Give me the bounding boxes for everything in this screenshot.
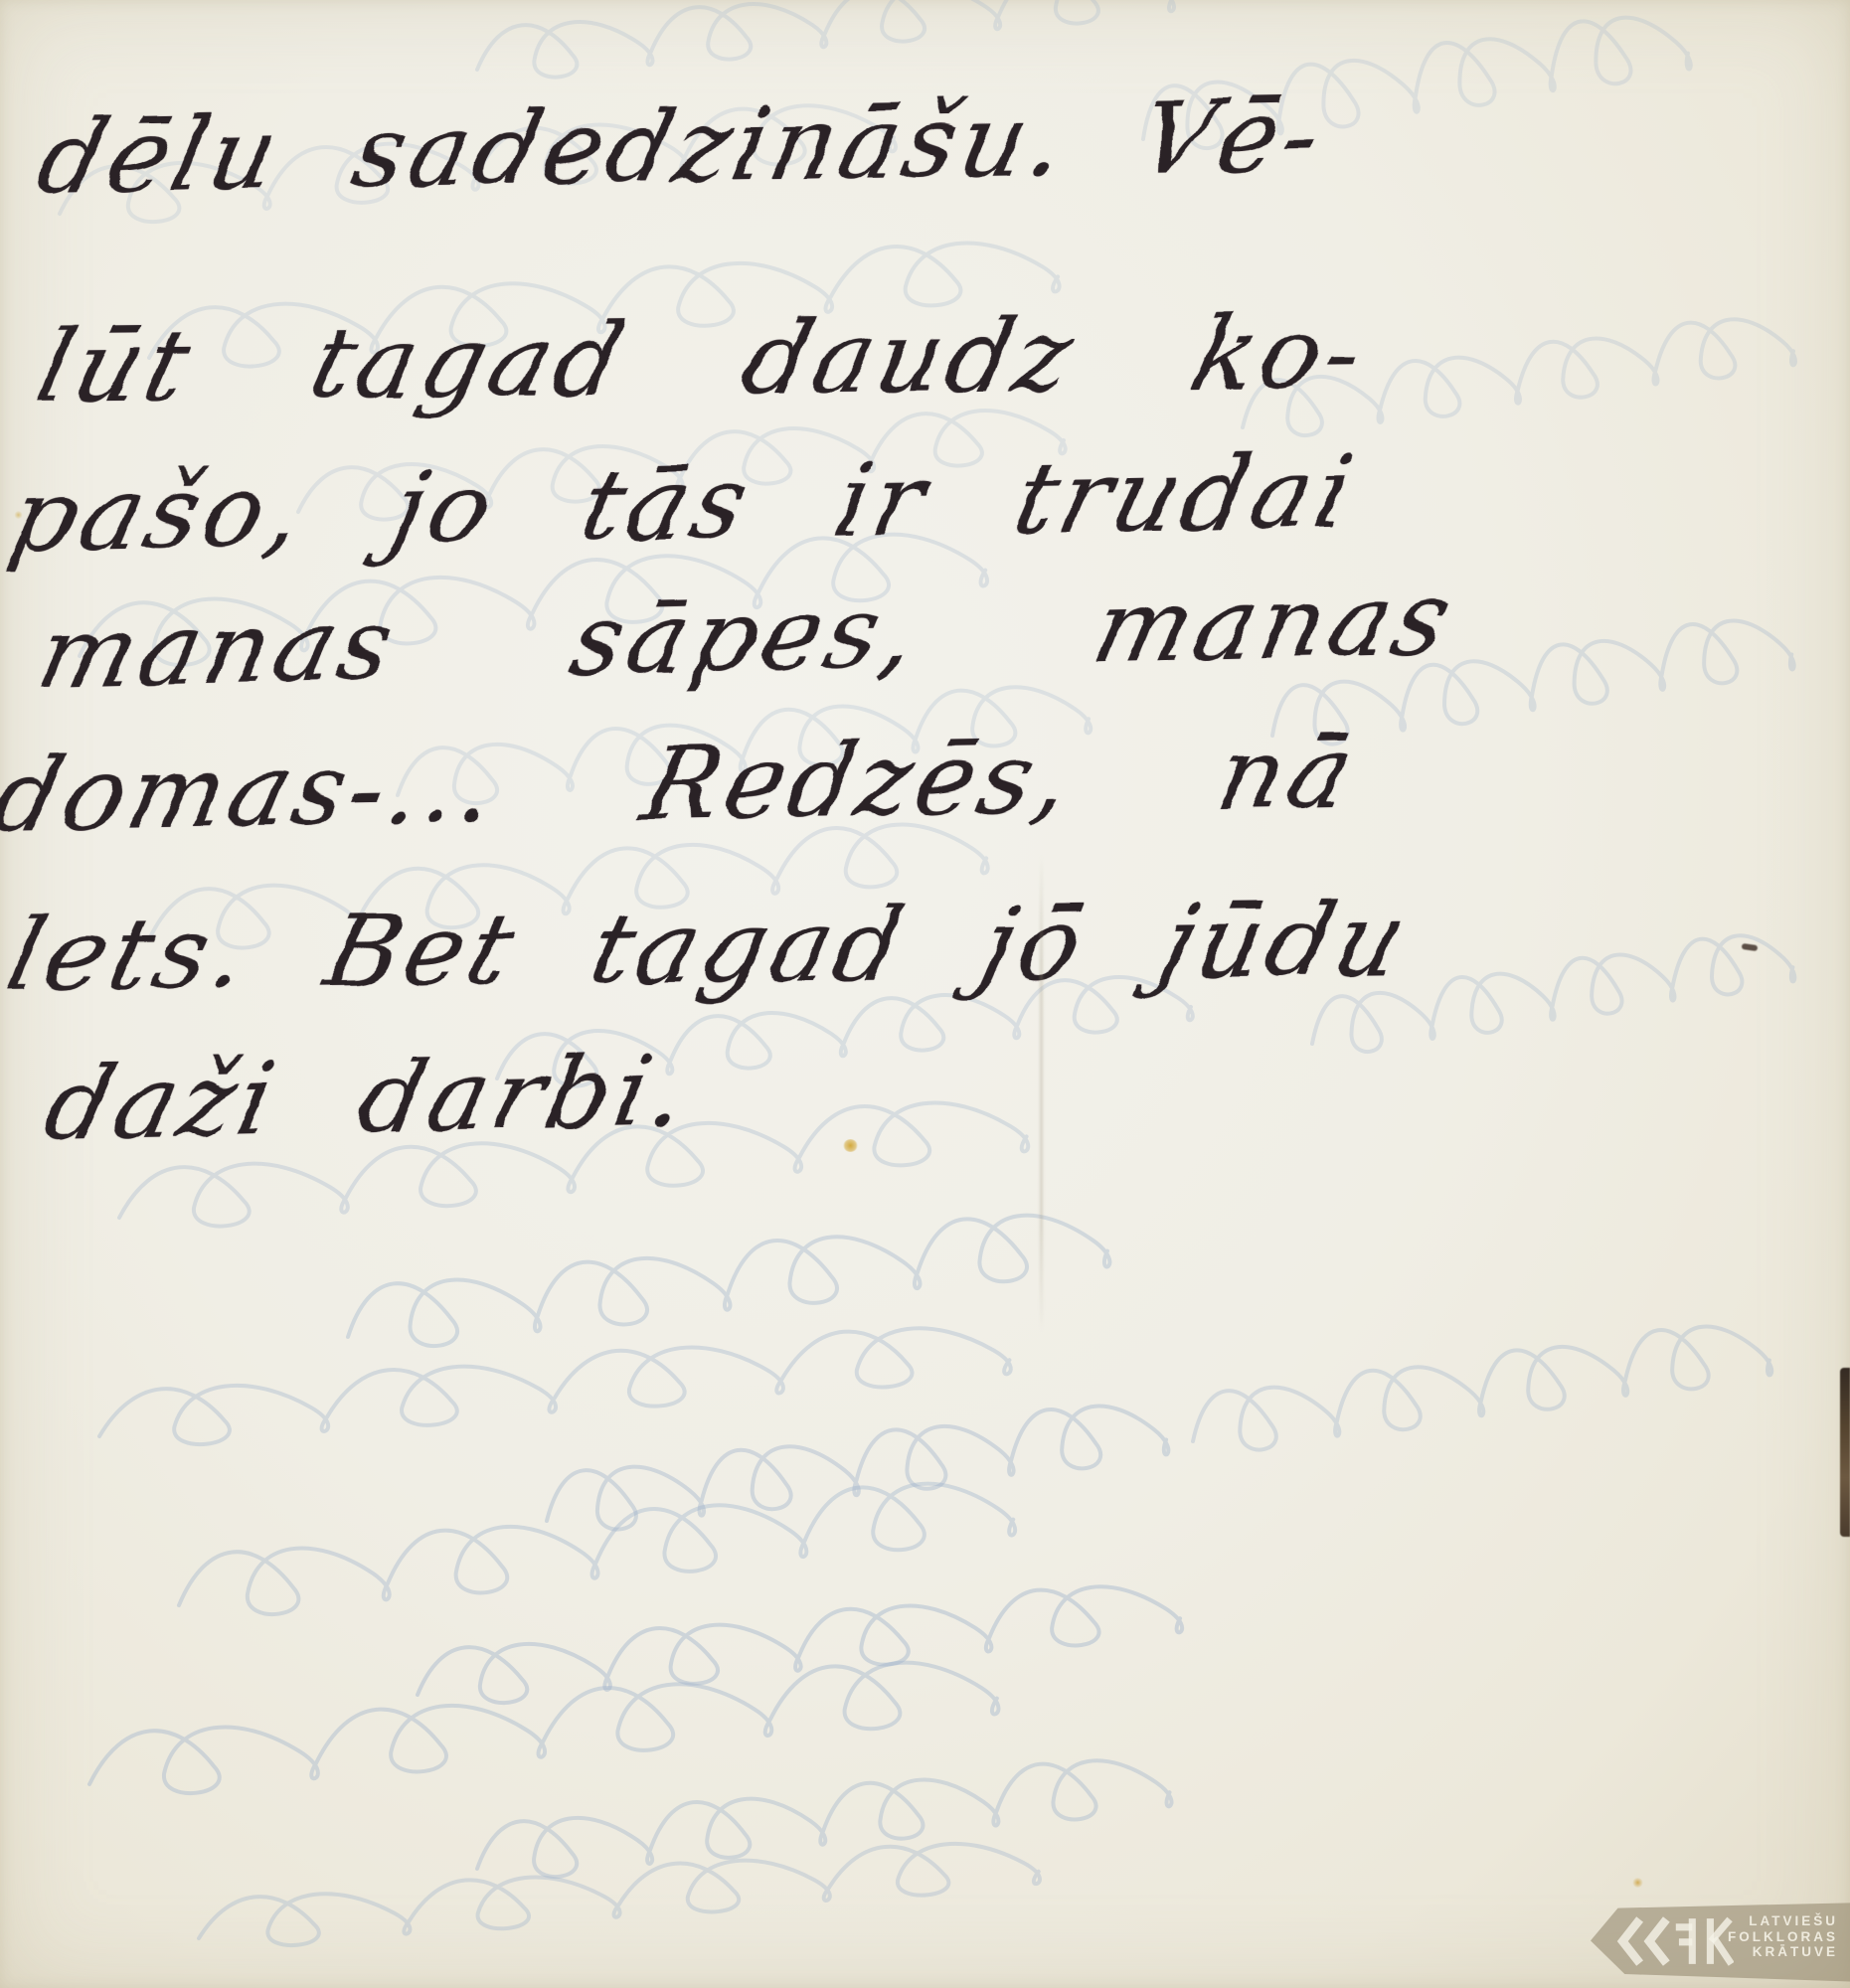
manuscript-page: dēlu sadedzināšu. Vē- lūt tagad daudz ko… (0, 0, 1850, 1988)
handwriting-line-7: daži darbi. (35, 1033, 703, 1162)
handwriting-line-1: dēlu sadedzināšu. Vē- (28, 78, 1336, 216)
lfk-watermark-badge: LATVIEŠU FOLKLORAS KRĀTUVE (1591, 1903, 1850, 1982)
handwriting-line-6: lets. Bet tagad jō jūdu (0, 882, 1421, 1013)
paper-crease (1040, 855, 1043, 1332)
watermark-text-line: FOLKLORAS (1719, 1929, 1838, 1945)
lfk-logo-icon (1616, 1909, 1734, 1973)
handwriting-line-3: pašo, jo tās ir trudai (1, 434, 1368, 574)
handwriting-line-2: lūt tagad daudz ko- (27, 294, 1379, 424)
handwriting-line-5: domas-... Redzēs, nā (0, 714, 1368, 854)
watermark-text-line: KRĀTUVE (1719, 1944, 1838, 1960)
watermark-text: LATVIEŠU FOLKLORAS KRĀTUVE (1719, 1913, 1838, 1960)
watermark-text-line: LATVIEŠU (1719, 1913, 1838, 1929)
scan-edge-artifact (1840, 1368, 1850, 1537)
